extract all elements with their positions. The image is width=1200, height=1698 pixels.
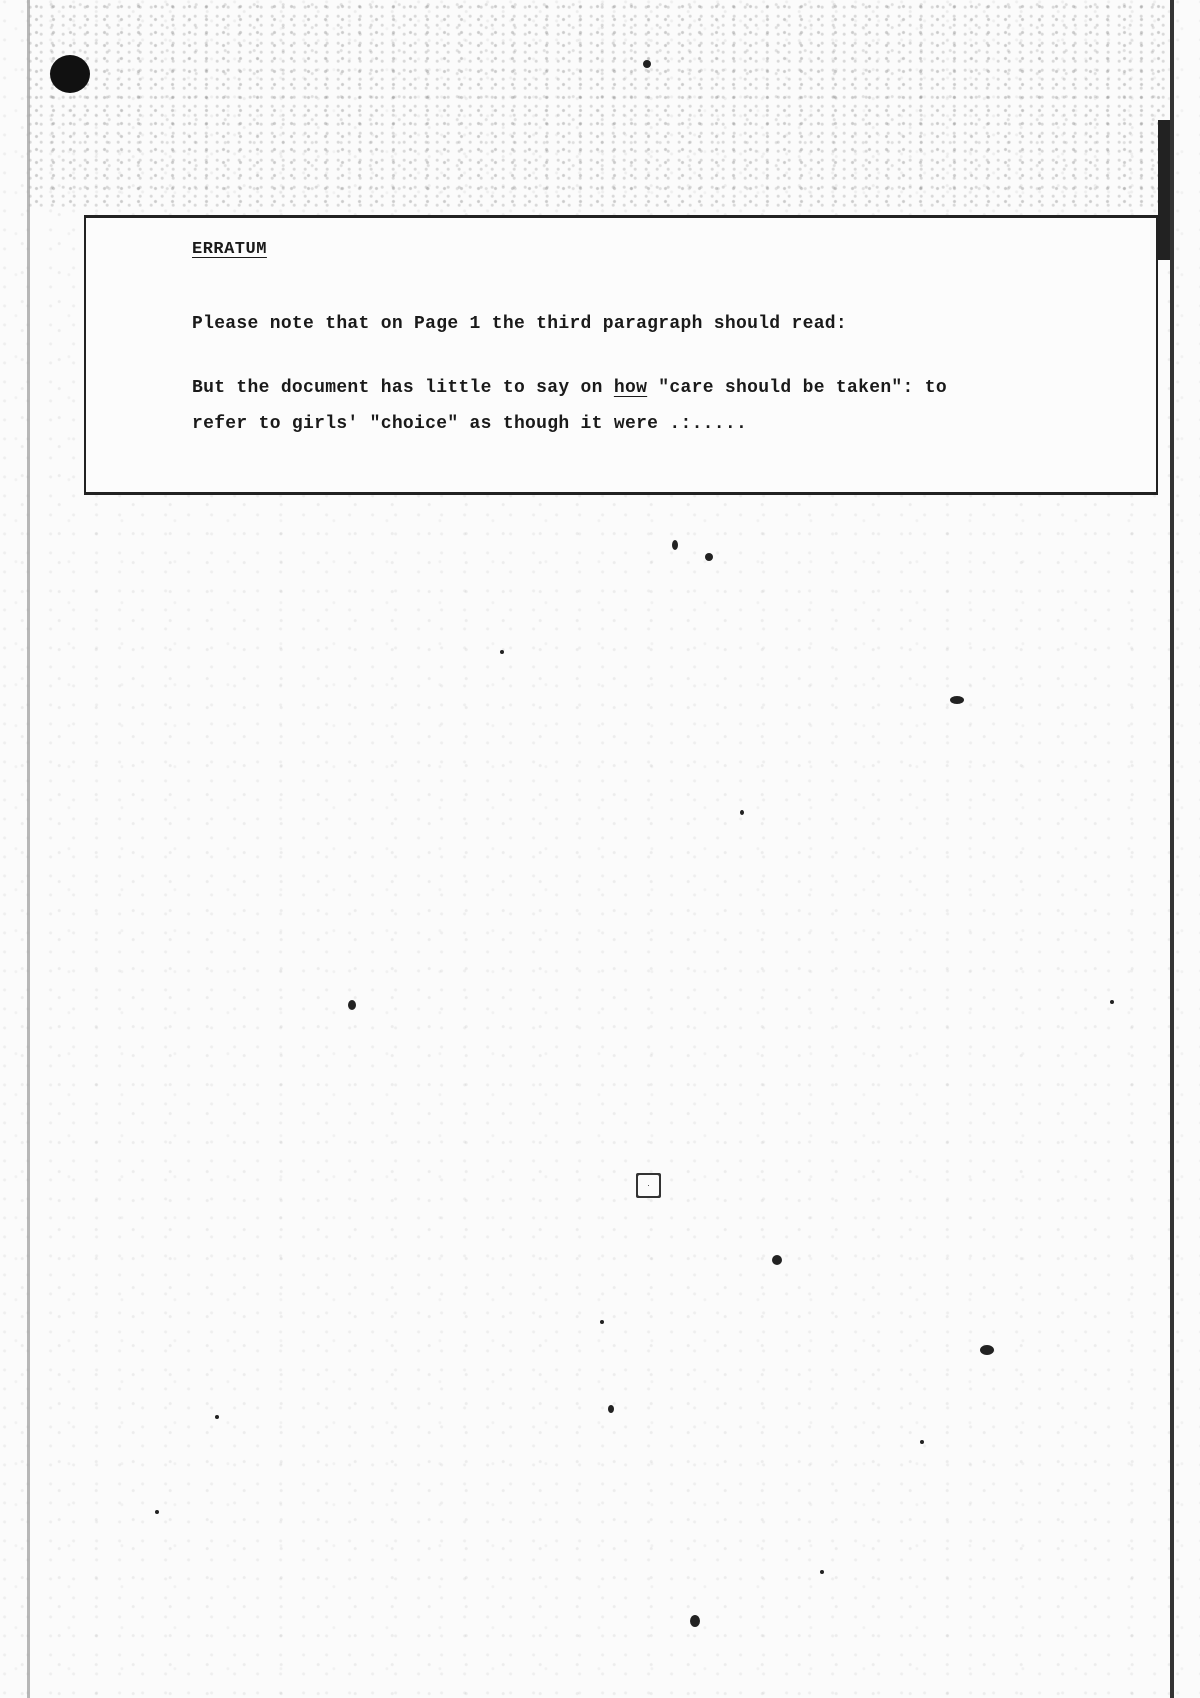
erratum-intro: Please note that on Page 1 the third par…: [192, 314, 847, 334]
correction-emphasis: how: [614, 378, 647, 398]
punch-hole: [50, 55, 90, 93]
speck: [772, 1255, 782, 1265]
page-right-binding-mark: [1158, 120, 1170, 260]
speck: [500, 650, 504, 654]
speck: [820, 1570, 824, 1574]
scanned-page: ERRATUM Please note that on Page 1 the t…: [0, 0, 1200, 1698]
erratum-correction-line-2: refer to girls' "choice" as though it we…: [192, 414, 747, 434]
page-left-edge: [27, 0, 30, 1698]
speck: [920, 1440, 924, 1444]
speck: [608, 1405, 614, 1413]
correction-text-after: "care should be taken": to: [647, 378, 947, 398]
speck: [1110, 1000, 1114, 1004]
speck: [950, 696, 964, 704]
speck: [155, 1510, 159, 1514]
speck: [600, 1320, 604, 1324]
speck: [740, 810, 744, 815]
scan-noise: [28, 0, 1168, 210]
speck: [705, 553, 713, 561]
speck: [672, 540, 678, 550]
speck: [980, 1345, 994, 1355]
speck: [648, 1185, 649, 1186]
speck: [643, 60, 651, 68]
erratum-correction-line-1: But the document has little to say on ho…: [192, 378, 947, 398]
speck: [215, 1415, 219, 1419]
page-right-edge: [1170, 0, 1174, 1698]
correction-text-before: But the document has little to say on: [192, 378, 614, 398]
speck: [690, 1615, 700, 1627]
speck: [348, 1000, 356, 1010]
erratum-notice: ERRATUM Please note that on Page 1 the t…: [84, 215, 1158, 495]
erratum-heading: ERRATUM: [192, 240, 267, 259]
